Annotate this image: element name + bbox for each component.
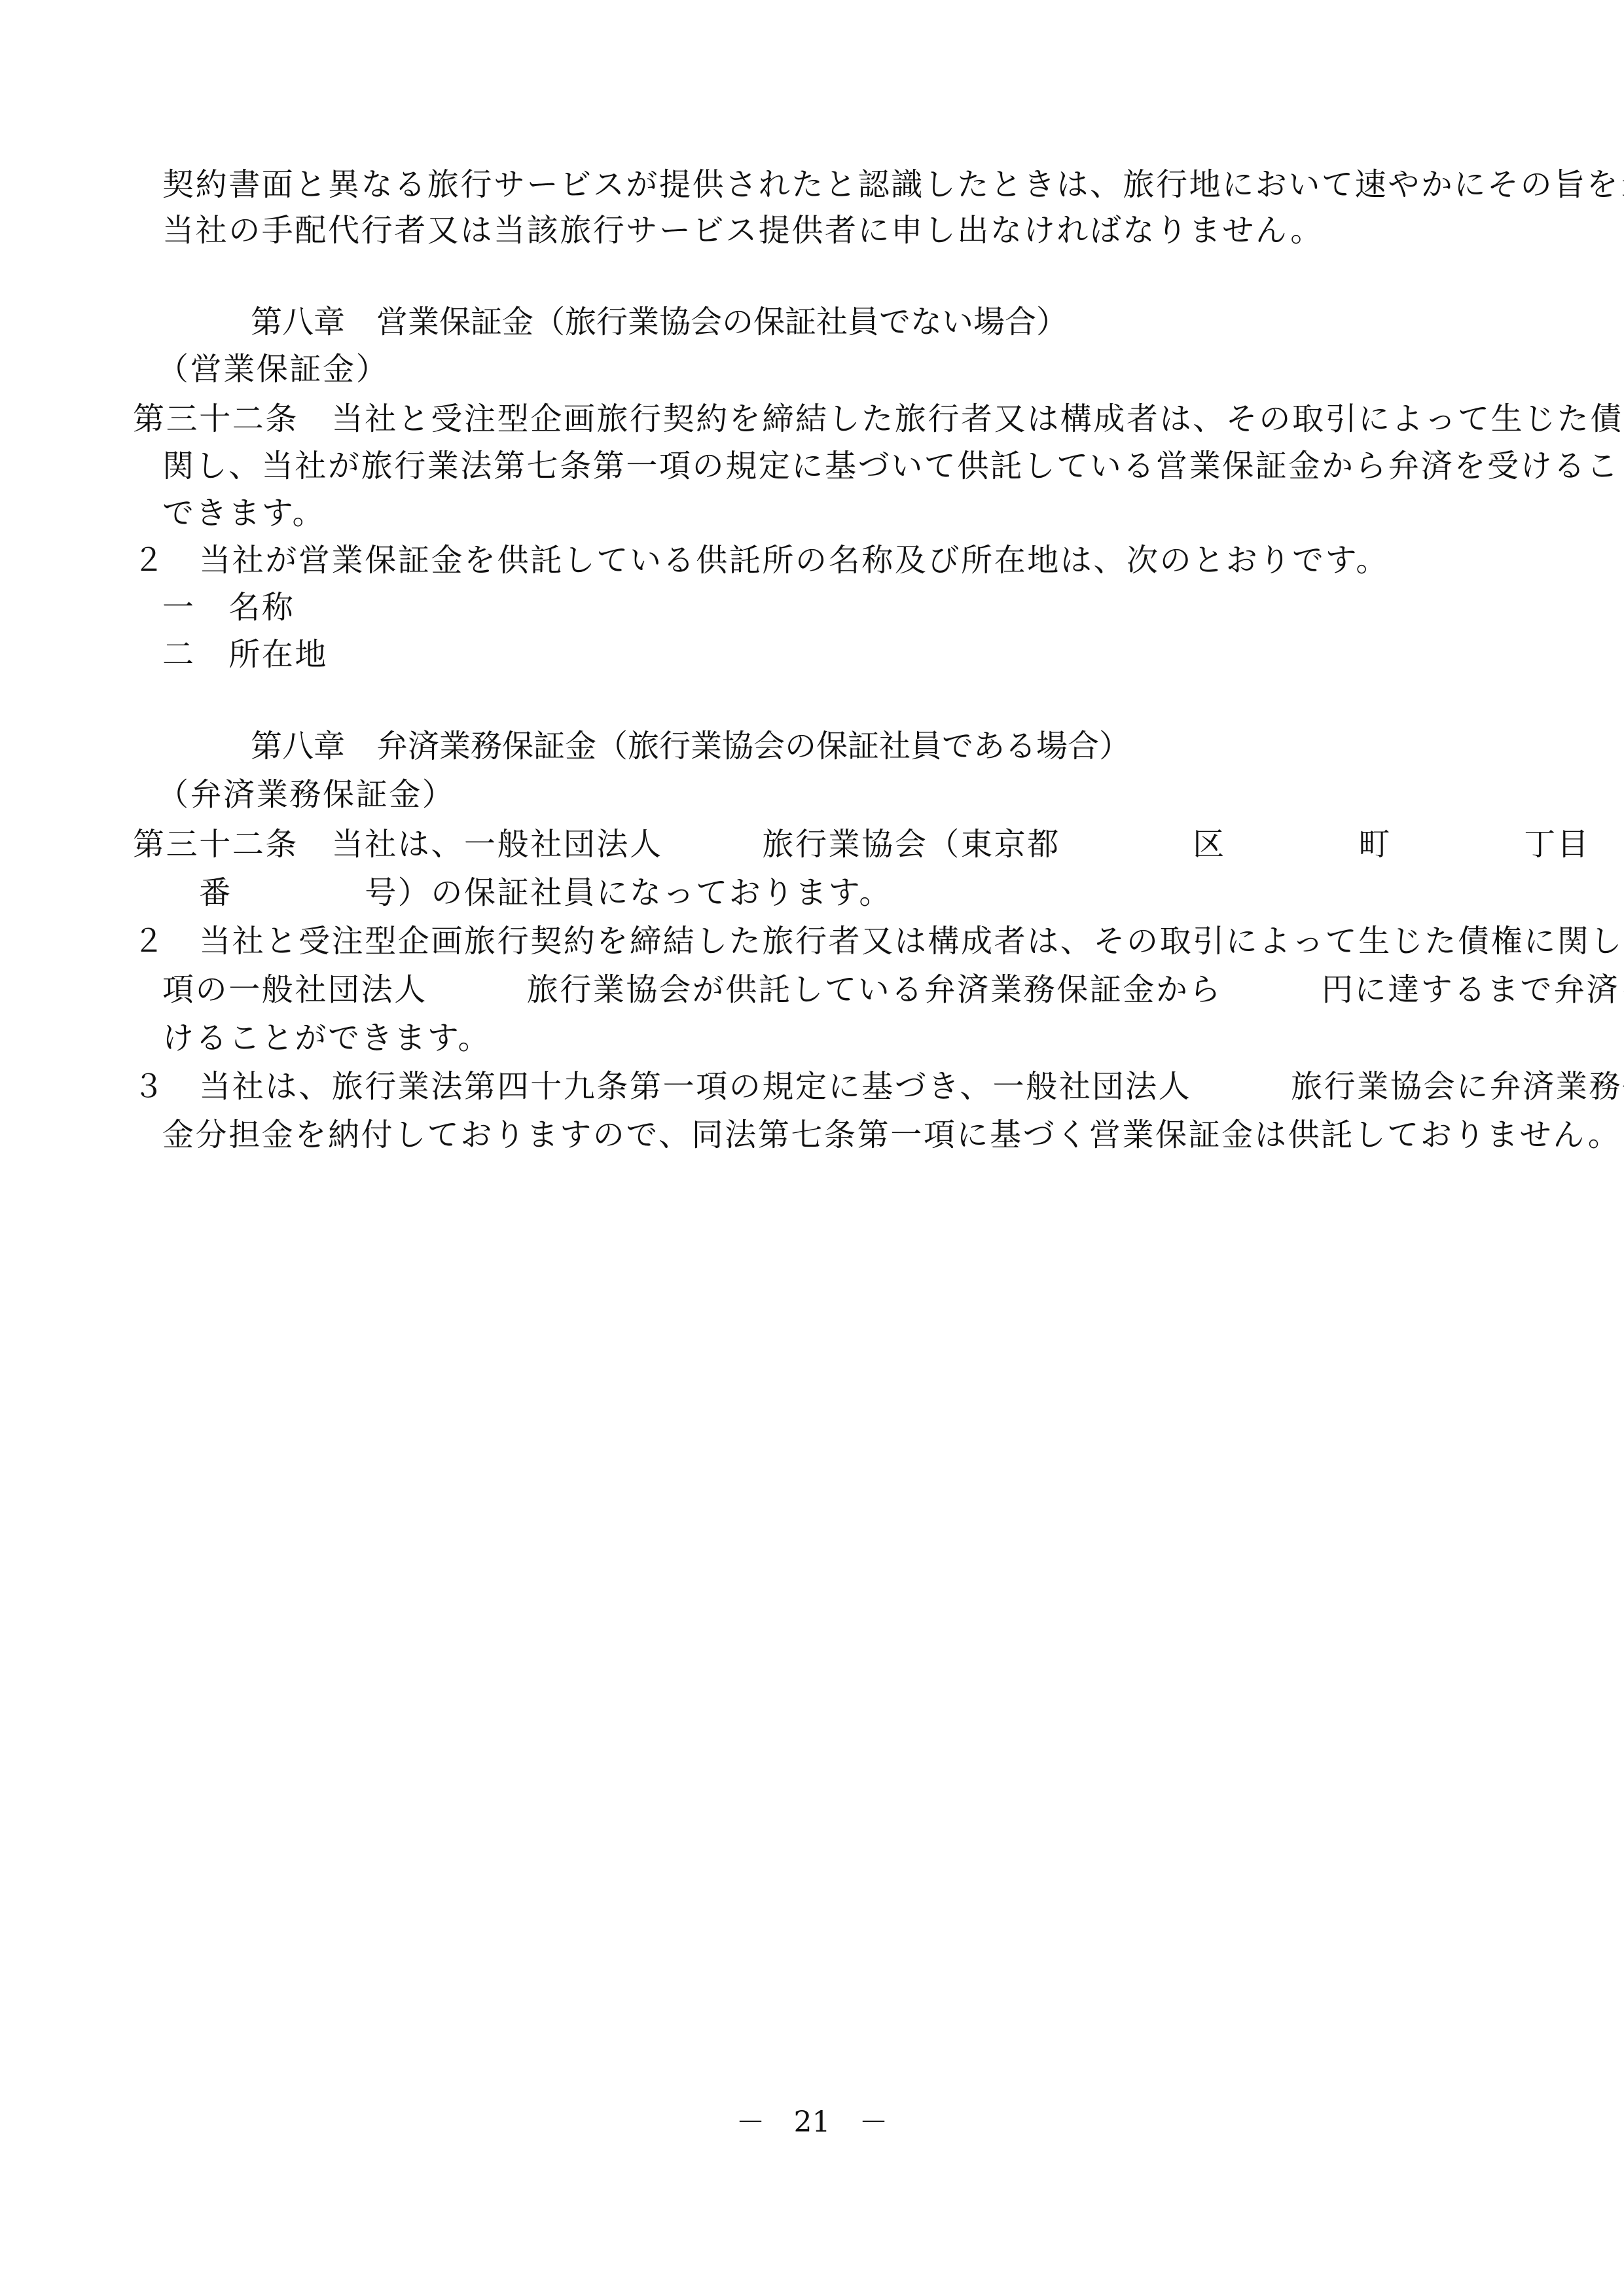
list-item-name: 一 名称 bbox=[162, 588, 295, 627]
article-32b-paragraph-2-line-3: けることができます。 bbox=[162, 1018, 491, 1058]
article-caption-business-deposit: （営業保証金） bbox=[157, 350, 389, 389]
continuation-line-2: 当社の手配代行者又は当該旅行サービス提供者に申し出なければなりません。 bbox=[162, 211, 1324, 250]
article-32a-line-1: 第三十二条 当社と受注型企画旅行契約を締結した旅行者又は構成者は、その取引によっ… bbox=[133, 399, 1624, 439]
article-caption-repayment-deposit: （弁済業務保証金） bbox=[157, 775, 455, 814]
article-32b-paragraph-2-line-1: ２ 当社と受注型企画旅行契約を締結した旅行者又は構成者は、その取引によって生じた… bbox=[133, 922, 1624, 961]
article-32b-line-2: 番 号）の保証社員になっております。 bbox=[133, 873, 892, 912]
article-32b-paragraph-3-line-1: ３ 当社は、旅行業法第四十九条第一項の規定に基づき、一般社団法人 旅行業協会に弁… bbox=[133, 1067, 1624, 1106]
article-32b-line-1: 第三十二条 当社は、一般社団法人 旅行業協会（東京都 区 町 丁目 bbox=[133, 825, 1590, 864]
article-32a-line-2: 関し、当社が旅行業法第七条第一項の規定に基づいて供託している営業保証金から弁済を… bbox=[162, 446, 1624, 486]
chapter-heading-business-deposit: 第八章 営業保証金（旅行業協会の保証社員でない場合） bbox=[251, 302, 1068, 342]
list-item-address: 二 所在地 bbox=[162, 635, 328, 674]
continuation-line-1: 契約書面と異なる旅行サービスが提供されたと認識したときは、旅行地において速やかに… bbox=[162, 165, 1624, 204]
chapter-heading-repayment-deposit: 第八章 弁済業務保証金（旅行業協会の保証社員である場合） bbox=[251, 726, 1130, 766]
article-32a-line-3: できます。 bbox=[162, 493, 325, 533]
article-32b-paragraph-3-line-2: 金分担金を納付しておりますので、同法第七条第一項に基づく営業保証金は供託しており… bbox=[162, 1115, 1621, 1155]
article-32b-paragraph-2-line-2: 項の一般社団法人 旅行業協会が供託している弁済業務保証金から 円に達するまで弁済… bbox=[162, 970, 1624, 1009]
article-32a-paragraph-2: ２ 当社が営業保証金を供託している供託所の名称及び所在地は、次のとおりです。 bbox=[133, 541, 1389, 580]
page-number: － 21 － bbox=[0, 2104, 1624, 2141]
